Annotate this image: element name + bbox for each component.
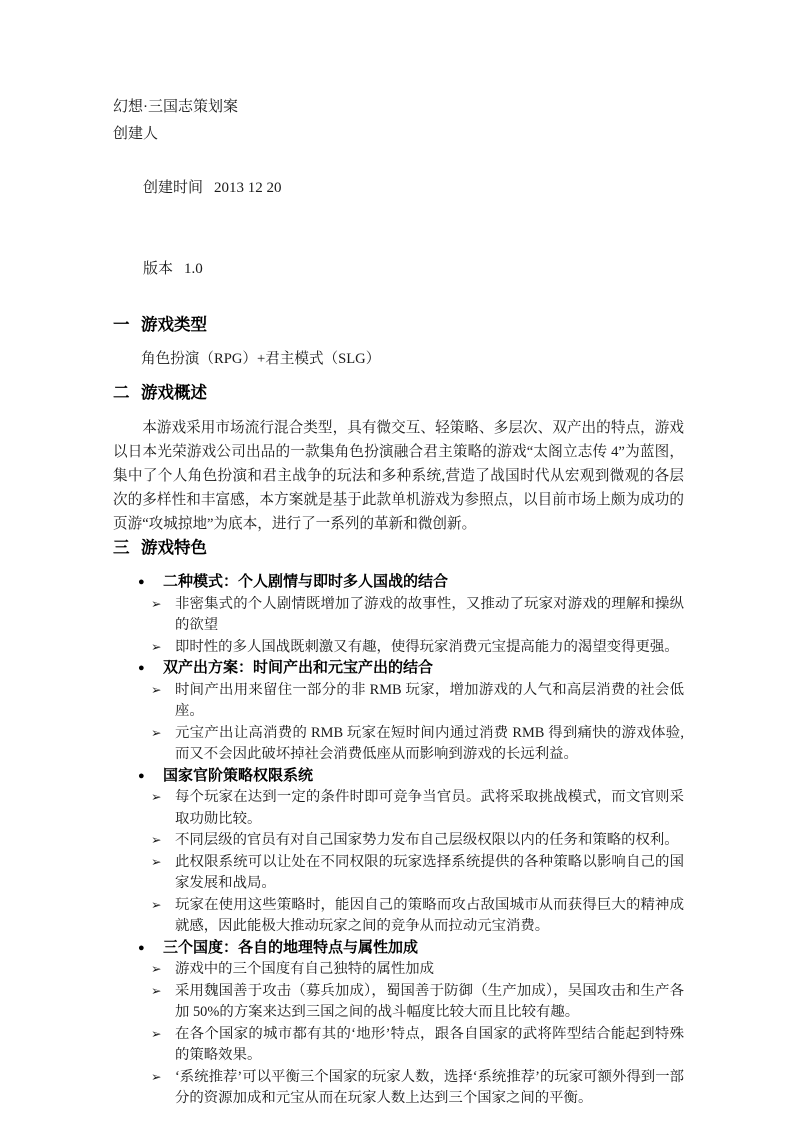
- feature-item-1: ● 二种模式：个人剧情与即时多人国战的结合 ➢ 非密集式的个人剧情既增加了游戏的…: [113, 572, 684, 658]
- feature-point: ➢ 时间产出用来留住一部分的非 RMB 玩家，增加游戏的人气和高层消费的社会低座…: [151, 680, 684, 723]
- section-1-title: 游戏类型: [141, 315, 207, 335]
- feature-point-text: 玩家在使用这些策略时，能因自己的策略而攻占敌国城市从而获得巨大的精神成就感，因此…: [175, 895, 684, 938]
- feature-point: ➢ 玩家在使用这些策略时，能因自己的策略而攻占敌国城市从而获得巨大的精神成就感，…: [151, 895, 684, 938]
- feature-point-text: 即时性的多人国战既刺激又有趣，使得玩家消费元宝提高能力的渴望变得更强。: [175, 637, 684, 659]
- bullet-icon: ●: [138, 572, 163, 594]
- feature-point-text: 游戏中的三个国度有自己独特的属性加成: [175, 959, 684, 981]
- doc-title: 幻想·三国志策划案: [113, 94, 684, 121]
- arrow-bullet-icon: ➢: [151, 852, 175, 895]
- section-2-title: 游戏概述: [141, 383, 207, 403]
- feature-point: ➢ 游戏中的三个国度有自己独特的属性加成: [151, 959, 684, 981]
- feature-point-text: 在各个国家的城市都有其的‘地形’特点，跟各自国家的武将阵型结合能起到特殊的策略效…: [175, 1024, 684, 1067]
- feature-title-text: 双产出方案：时间产出和元宝产出的结合: [163, 658, 433, 680]
- arrow-bullet-icon: ➢: [151, 1024, 175, 1067]
- arrow-bullet-icon: ➢: [151, 959, 175, 981]
- feature-item-2: ● 双产出方案：时间产出和元宝产出的结合 ➢ 时间产出用来留住一部分的非 RMB…: [113, 658, 684, 766]
- overview-paragraph: 本游戏采用市场流行混合类型，具有微交互、轻策略、多层次、双产出的特点，游戏以日本…: [113, 416, 684, 536]
- arrow-bullet-icon: ➢: [151, 594, 175, 637]
- arrow-bullet-icon: ➢: [151, 895, 175, 938]
- section-3-number: 三: [113, 538, 141, 558]
- document-page: 幻想·三国志策划案 创建人 创建时间2013 12 20 版本1.0 一游戏类型…: [0, 0, 794, 1123]
- doc-version-row: 版本1.0: [113, 229, 684, 310]
- feature-item-4: ● 三个国度：各自的地理特点与属性加成 ➢ 游戏中的三个国度有自己独特的属性加成…: [113, 938, 684, 1110]
- version-label: 版本: [143, 261, 173, 277]
- document-meta: 幻想·三国志策划案 创建人 创建时间2013 12 20 版本1.0: [113, 94, 684, 310]
- feature-item-3: ● 国家官阶策略权限系统 ➢ 每个玩家在达到一定的条件时即可竞争当官员。武将采取…: [113, 766, 684, 938]
- feature-point-text: 采用魏国善于攻击（募兵加成），蜀国善于防御（生产加成），吴国攻击和生产各加 50…: [175, 981, 684, 1024]
- feature-point-text: 此权限系统可以让处在不同权限的玩家选择系统提供的各种策略以影响自己的国家发展和战…: [175, 852, 684, 895]
- arrow-bullet-icon: ➢: [151, 830, 175, 852]
- arrow-bullet-icon: ➢: [151, 787, 175, 830]
- bullet-icon: ●: [138, 766, 163, 788]
- section-3-heading: 三游戏特色: [113, 538, 684, 558]
- feature-point: ➢ 此权限系统可以让处在不同权限的玩家选择系统提供的各种策略以影响自己的国家发展…: [151, 852, 684, 895]
- feature-point-text: 每个玩家在达到一定的条件时即可竞争当官员。武将采取挑战模式，而文官则采取功勋比较…: [175, 787, 684, 830]
- feature-point: ➢ 非密集式的个人剧情既增加了游戏的故事性，又推动了玩家对游戏的理解和操纵的欲望: [151, 594, 684, 637]
- arrow-bullet-icon: ➢: [151, 723, 175, 766]
- feature-point-text: 元宝产出让高消费的 RMB 玩家在短时间内通过消费 RMB 得到痛快的游戏体验,…: [175, 723, 684, 766]
- feature-title: ● 二种模式：个人剧情与即时多人国战的结合: [138, 572, 684, 594]
- arrow-bullet-icon: ➢: [151, 1067, 175, 1110]
- feature-point: ➢ 采用魏国善于攻击（募兵加成），蜀国善于防御（生产加成），吴国攻击和生产各加 …: [151, 981, 684, 1024]
- arrow-bullet-icon: ➢: [151, 680, 175, 723]
- feature-title-text: 国家官阶策略权限系统: [163, 766, 313, 788]
- features-list: ● 二种模式：个人剧情与即时多人国战的结合 ➢ 非密集式的个人剧情既增加了游戏的…: [113, 572, 684, 1110]
- version-value: 1.0: [184, 261, 203, 277]
- feature-point: ➢ 每个玩家在达到一定的条件时即可竞争当官员。武将采取挑战模式，而文官则采取功勋…: [151, 787, 684, 830]
- game-type-text: 角色扮演（RPG）+君主模式（SLG）: [141, 349, 684, 370]
- feature-title-text: 二种模式：个人剧情与即时多人国战的结合: [163, 572, 448, 594]
- feature-point-text: 不同层级的官员有对自己国家势力发布自己层级权限以内的任务和策略的权利。: [175, 830, 684, 852]
- feature-title: ● 三个国度：各自的地理特点与属性加成: [138, 938, 684, 960]
- created-label: 创建时间: [143, 180, 203, 196]
- section-1-heading: 一游戏类型: [113, 315, 684, 335]
- feature-title: ● 国家官阶策略权限系统: [138, 766, 684, 788]
- arrow-bullet-icon: ➢: [151, 981, 175, 1024]
- feature-point: ➢ 即时性的多人国战既刺激又有趣，使得玩家消费元宝提高能力的渴望变得更强。: [151, 637, 684, 659]
- feature-title: ● 双产出方案：时间产出和元宝产出的结合: [138, 658, 684, 680]
- created-value: 2013 12 20: [214, 180, 282, 196]
- feature-point: ➢ 元宝产出让高消费的 RMB 玩家在短时间内通过消费 RMB 得到痛快的游戏体…: [151, 723, 684, 766]
- section-2-number: 二: [113, 383, 141, 403]
- arrow-bullet-icon: ➢: [151, 637, 175, 659]
- feature-point: ➢ 在各个国家的城市都有其的‘地形’特点，跟各自国家的武将阵型结合能起到特殊的策…: [151, 1024, 684, 1067]
- page-content: 幻想·三国志策划案 创建人 创建时间2013 12 20 版本1.0 一游戏类型…: [0, 0, 794, 1110]
- doc-creator-label: 创建人: [113, 121, 684, 148]
- section-2-heading: 二游戏概述: [113, 383, 684, 403]
- feature-point-text: 时间产出用来留住一部分的非 RMB 玩家，增加游戏的人气和高层消费的社会低座。: [175, 680, 684, 723]
- feature-point-text: 非密集式的个人剧情既增加了游戏的故事性，又推动了玩家对游戏的理解和操纵的欲望: [175, 594, 684, 637]
- section-1-number: 一: [113, 315, 141, 335]
- feature-point: ➢ 不同层级的官员有对自己国家势力发布自己层级权限以内的任务和策略的权利。: [151, 830, 684, 852]
- bullet-icon: ●: [138, 938, 163, 960]
- doc-created-row: 创建时间2013 12 20: [113, 148, 684, 229]
- feature-title-text: 三个国度：各自的地理特点与属性加成: [163, 938, 418, 960]
- feature-point: ➢ ‘系统推荐’可以平衡三个国家的玩家人数，选择‘系统推荐’的玩家可额外得到一部…: [151, 1067, 684, 1110]
- section-3-title: 游戏特色: [141, 538, 207, 558]
- bullet-icon: ●: [138, 658, 163, 680]
- feature-point-text: ‘系统推荐’可以平衡三个国家的玩家人数，选择‘系统推荐’的玩家可额外得到一部分的…: [175, 1067, 684, 1110]
